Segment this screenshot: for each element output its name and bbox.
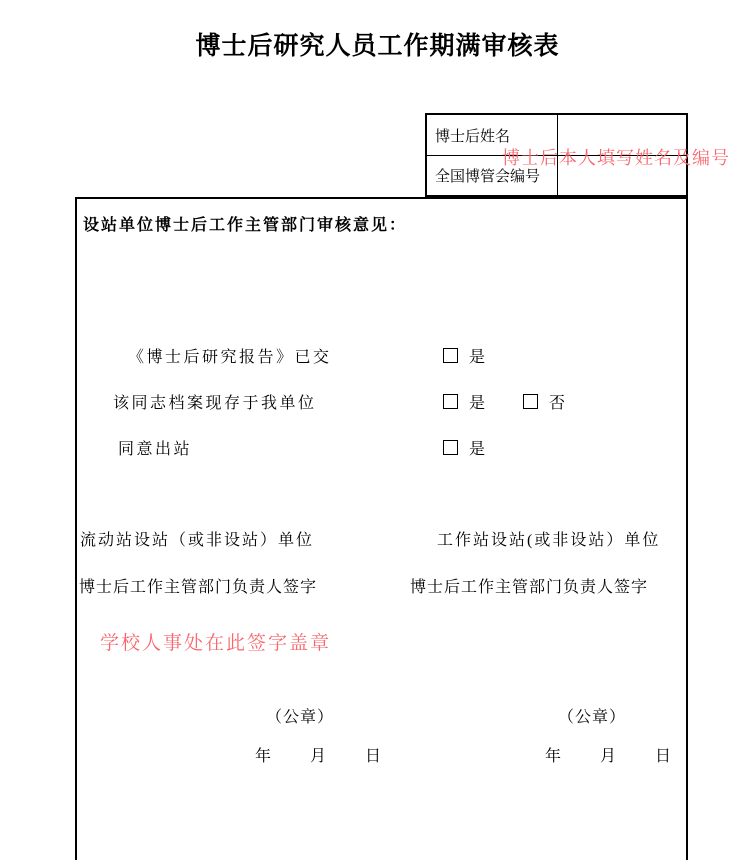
option-report-yes: 是 (443, 344, 485, 367)
date-month-left: 月 (310, 743, 326, 766)
document-page: 博士后研究人员工作期满审核表 博士后姓名 全国博管会编号 博士后本人填写姓名及编… (0, 0, 755, 860)
checkbox-report-yes[interactable] (443, 348, 458, 363)
page-title: 博士后研究人员工作期满审核表 (0, 26, 755, 62)
checkbox-archive-yes[interactable] (443, 394, 458, 409)
option-label-yes: 是 (469, 441, 485, 458)
fill-note-annotation: 博士后本人填写姓名及编号 (502, 144, 730, 170)
signature-signer-left: 博士后工作主管部门负责人签字 (79, 574, 317, 597)
option-archive-yes: 是 (443, 390, 485, 413)
checklist-label-archive-location: 该同志档案现存于我单位 (113, 390, 317, 413)
option-exit-yes: 是 (443, 436, 485, 459)
signature-unit-left: 流动站设站（或非设站）单位 (80, 527, 314, 550)
review-opinion-box: 设站单位博士后工作主管部门审核意见： 《博士后研究报告》已交 是 该同志档案现存… (75, 197, 688, 860)
checkbox-exit-yes[interactable] (443, 440, 458, 455)
option-label-yes: 是 (469, 395, 485, 412)
checklist-label-approve-exit: 同意出站 (118, 436, 192, 459)
option-label-no: 否 (549, 395, 565, 412)
date-year-right: 年 (545, 743, 561, 766)
date-year-left: 年 (255, 743, 271, 766)
date-day-left: 日 (365, 743, 381, 766)
review-heading: 设站单位博士后工作主管部门审核意见： (83, 212, 407, 235)
checklist-label-report-submitted: 《博士后研究报告》已交 (128, 344, 332, 367)
sign-note-annotation: 学校人事处在此签字盖章 (100, 628, 331, 655)
signature-signer-right: 博士后工作主管部门负责人签字 (410, 574, 648, 597)
seal-label-right: （公章） (558, 704, 626, 727)
option-archive-no: 否 (523, 390, 565, 413)
date-month-right: 月 (600, 743, 616, 766)
checkbox-archive-no[interactable] (523, 394, 538, 409)
seal-label-left: （公章） (266, 704, 334, 727)
signature-unit-right: 工作站设站(或非设站）单位 (437, 527, 660, 550)
date-day-right: 日 (655, 743, 671, 766)
option-label-yes: 是 (469, 349, 485, 366)
